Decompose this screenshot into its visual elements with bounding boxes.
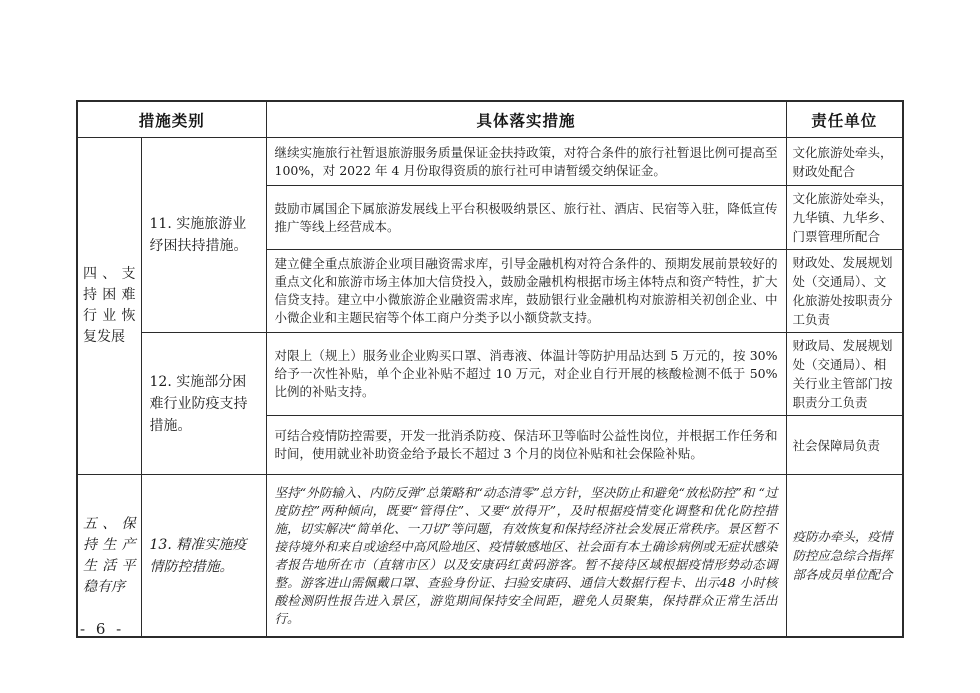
section-cell-stable-life: 五、保持生产生活平稳有序 (77, 475, 141, 638)
header-cell-measures: 具体落实措施 (266, 101, 786, 138)
group-cell-11: 11. 实施旅游业纾困扶持措施。 (141, 138, 266, 333)
measure-cell: 对限上（规上）服务业企业购买口罩、消毒液、体温计等防护用品达到 5 万元的，按 … (266, 333, 786, 416)
table-row: 12. 实施部分困难行业防疫支持措施。 对限上（规上）服务业企业购买口罩、消毒液… (77, 333, 903, 416)
unit-cell: 社会保障局负责 (786, 416, 903, 475)
group-cell-12: 12. 实施部分困难行业防疫支持措施。 (141, 333, 266, 475)
measure-cell: 建立健全重点旅游企业项目融资需求库，引导金融机构对符合条件的、预期发展前景较好的… (266, 250, 786, 333)
table-header-row: 措施类别 具体落实措施 责任单位 (77, 101, 903, 138)
unit-cell: 文化旅游处牵头，财政处配合 (786, 138, 903, 186)
header-cell-category: 措施类别 (77, 101, 266, 138)
header-cell-responsible-unit: 责任单位 (786, 101, 903, 138)
measures-table: 措施类别 具体落实措施 责任单位 四、支持困难行业恢复发展 11. 实施旅游业纾… (76, 100, 904, 638)
measure-cell: 可结合疫情防控需要，开发一批消杀防疫、保洁环卫等临时公益性岗位，并根据工作任务和… (266, 416, 786, 475)
measure-cell: 鼓励市属国企下属旅游发展线上平台积极吸纳景区、旅行社、酒店、民宿等入驻，降低宣传… (266, 186, 786, 250)
table-row: 四、支持困难行业恢复发展 11. 实施旅游业纾困扶持措施。 继续实施旅行社暂退旅… (77, 138, 903, 186)
measure-cell: 继续实施旅行社暂退旅游服务质量保证金扶持政策，对符合条件的旅行社暂退比例可提高至… (266, 138, 786, 186)
measure-cell: 坚持“外防输入、内防反弹”总策略和“动态清零”总方针，坚决防止和避免“放松防控”… (266, 475, 786, 638)
unit-cell: 疫防办牵头，疫情防控应急综合指挥部各成员单位配合 (786, 475, 903, 638)
document-page: 措施类别 具体落实措施 责任单位 四、支持困难行业恢复发展 11. 实施旅游业纾… (0, 0, 980, 693)
table-row: 五、保持生产生活平稳有序 13. 精准实施疫情防控措施。 坚持“外防输入、内防反… (77, 475, 903, 638)
unit-cell: 财政处、发展规划处（交通局）、文化旅游处按职责分工负责 (786, 250, 903, 333)
section-cell-support-recovery: 四、支持困难行业恢复发展 (77, 138, 141, 475)
page-number: - 6 - (80, 620, 124, 638)
unit-cell: 文化旅游处牵头，九华镇、九华乡、门票管理所配合 (786, 186, 903, 250)
unit-cell: 财政局、发展规划处（交通局）、相关行业主管部门按职责分工负责 (786, 333, 903, 416)
group-cell-13: 13. 精准实施疫情防控措施。 (141, 475, 266, 638)
